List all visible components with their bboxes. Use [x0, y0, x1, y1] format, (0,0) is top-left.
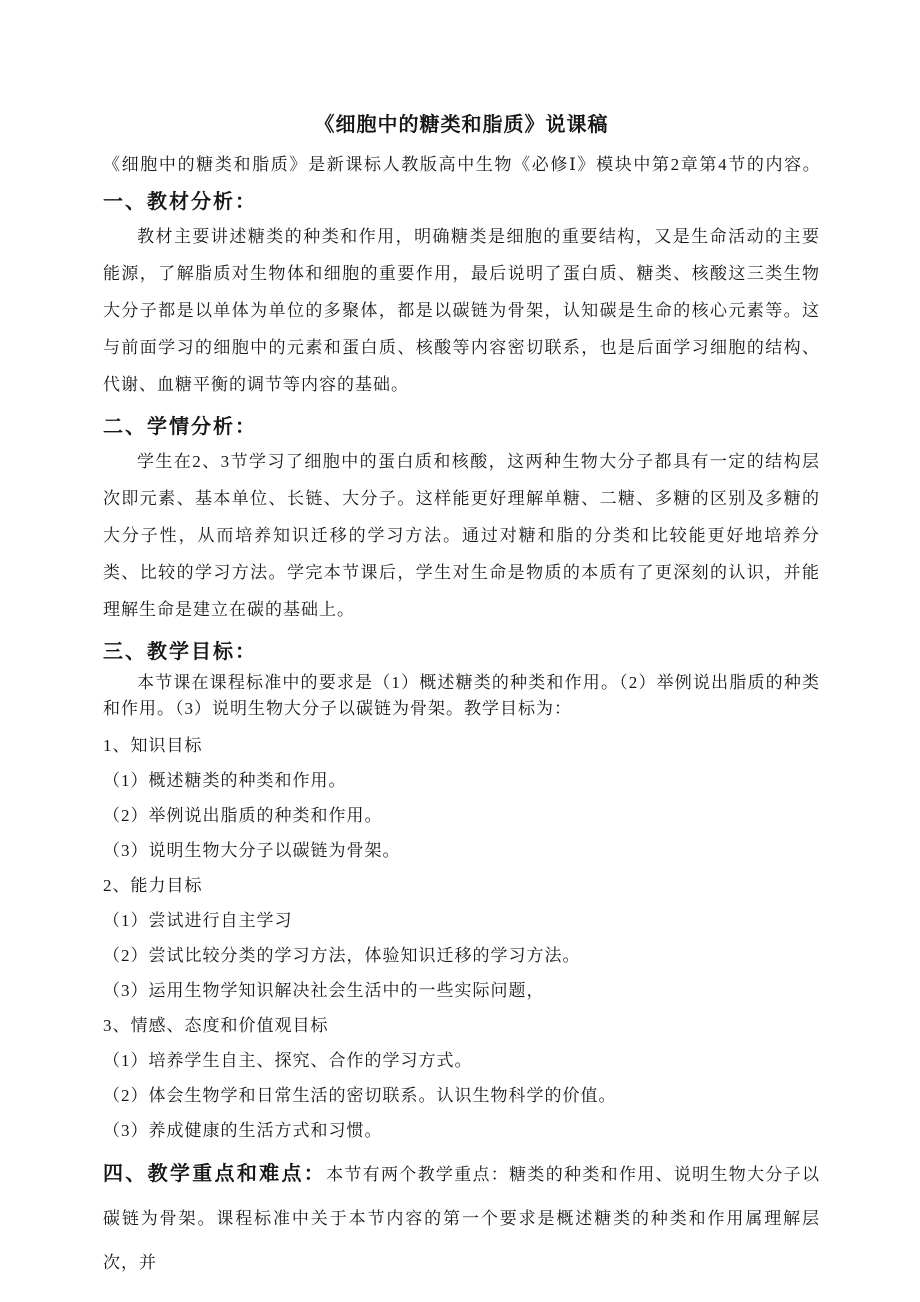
goal-group-label-knowledge: 1、知识目标 [103, 728, 820, 763]
goal-item: （3）养成健康的生活方式和习惯。 [103, 1113, 820, 1148]
section-heading-key-points: 四、教学重点和难点： [103, 1163, 326, 1185]
goal-item: （1）培养学生自主、探究、合作的学习方式。 [103, 1043, 820, 1078]
goal-item: （3）运用生物学知识解决社会生活中的一些实际问题， [103, 973, 820, 1008]
section-body-teaching-objectives: 本节课在课程标准中的要求是（1）概述糖类的种类和作用。（2）举例说出脂质的种类和… [103, 670, 820, 722]
section-heading-learner-analysis: 二、学情分析： [103, 413, 820, 441]
goal-item: （2）举例说出脂质的种类和作用。 [103, 798, 820, 833]
page-title: 《细胞中的糖类和脂质》说课稿 [103, 112, 820, 138]
section-heading-teaching-objectives: 三、教学目标： [103, 638, 820, 666]
intro-paragraph: 《细胞中的糖类和脂质》是新课标人教版高中生物《必修Ⅰ》模块中第2章第4节的内容。 [103, 152, 820, 178]
objectives-list: 1、知识目标 （1）概述糖类的种类和作用。 （2）举例说出脂质的种类和作用。 （… [103, 728, 820, 1148]
goal-item: （1）尝试进行自主学习 [103, 903, 820, 938]
section-key-points-paragraph: 四、教学重点和难点：本节有两个教学重点：糖类的种类和作用、说明生物大分子以碳链为… [103, 1152, 820, 1285]
section-body-learner-analysis: 学生在2、3节学习了细胞中的蛋白质和核酸，这两种生物大分子都具有一定的结构层次即… [103, 443, 820, 628]
goal-item: （1）概述糖类的种类和作用。 [103, 763, 820, 798]
goal-item: （2）体会生物学和日常生活的密切联系。认识生物科学的价值。 [103, 1078, 820, 1113]
goal-group-label-emotion-values: 3、情感、态度和价值观目标 [103, 1008, 820, 1043]
goal-group-label-ability: 2、能力目标 [103, 868, 820, 903]
goal-item: （3）说明生物大分子以碳链为骨架。 [103, 833, 820, 868]
goal-item: （2）尝试比较分类的学习方法，体验知识迁移的学习方法。 [103, 938, 820, 973]
document-page: 《细胞中的糖类和脂质》说课稿 《细胞中的糖类和脂质》是新课标人教版高中生物《必修… [0, 0, 920, 1302]
section-heading-material-analysis: 一、教材分析： [103, 188, 820, 216]
section-body-material-analysis: 教材主要讲述糖类的种类和作用，明确糖类是细胞的重要结构，又是生命活动的主要能源，… [103, 218, 820, 403]
